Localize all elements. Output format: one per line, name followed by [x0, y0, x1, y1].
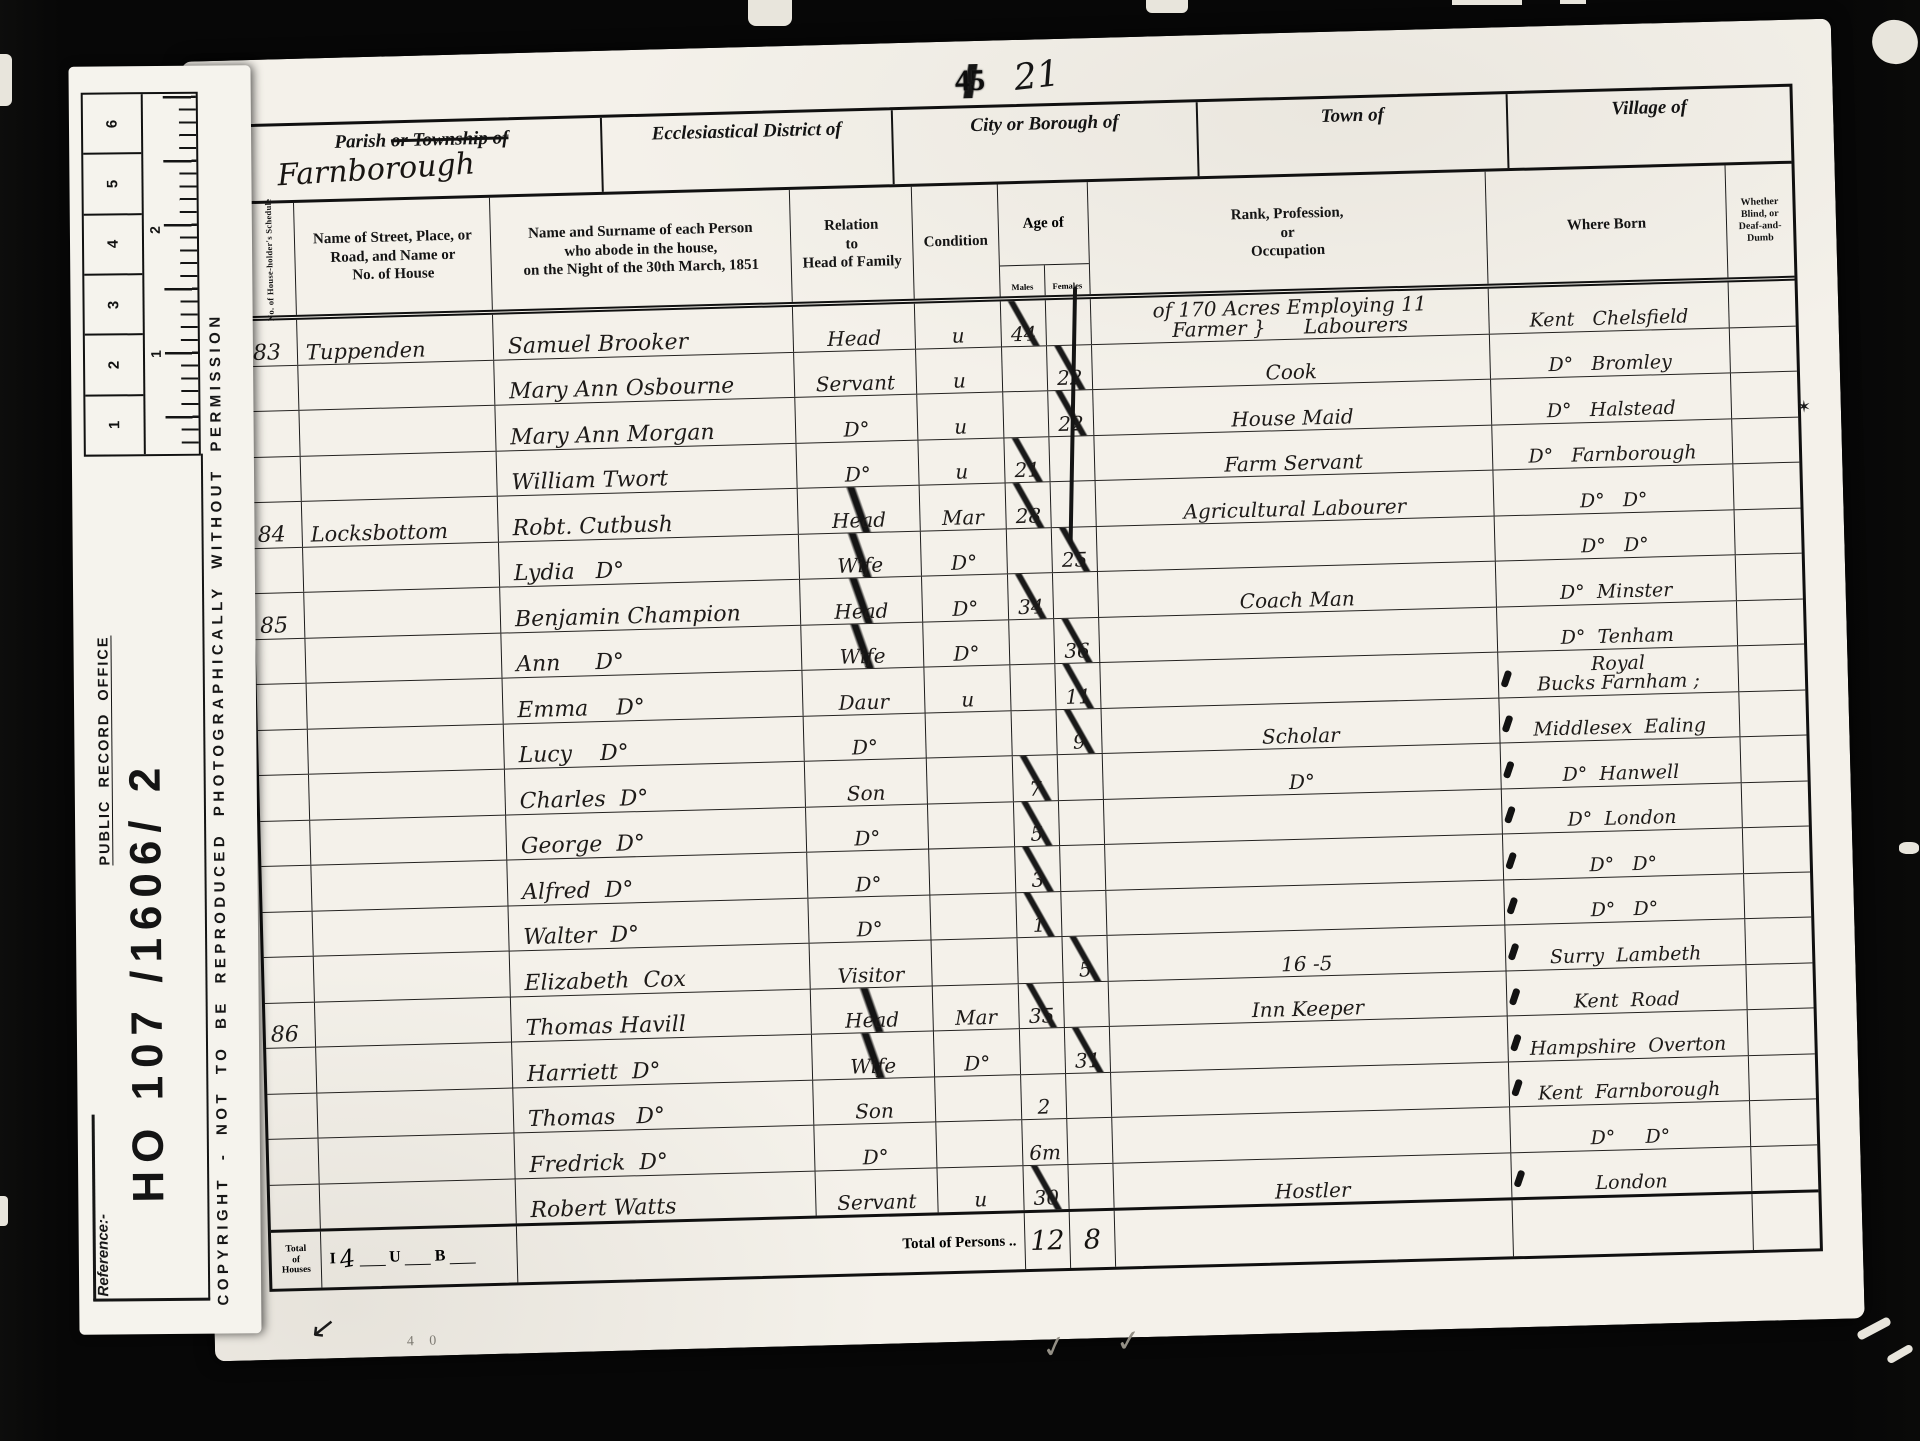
person-name: Thomas Havill: [511, 989, 812, 1041]
age-male: 30: [1023, 1164, 1069, 1210]
col-relation: Relation to Head of Family: [790, 187, 915, 302]
age-female: [1053, 572, 1099, 618]
check-mark: [1510, 1033, 1522, 1051]
relation-to-head: D°: [804, 713, 927, 761]
age-male: 34: [1008, 573, 1054, 619]
age-female: [1066, 1072, 1112, 1118]
person-name: Mary Ann Morgan: [495, 398, 796, 450]
person-name: Lydia D°: [499, 534, 800, 586]
blind-deaf: [1732, 417, 1799, 463]
film-artifact: [0, 54, 12, 106]
ruler-inch-number: 1: [148, 350, 164, 358]
condition: [936, 1120, 1023, 1167]
street-name: [310, 815, 507, 865]
condition: D°: [934, 1029, 1021, 1076]
ruler-inch-scale: 2 1: [143, 94, 199, 454]
relation-to-head: D°: [795, 395, 918, 443]
condition: u: [917, 392, 1004, 439]
schedule-number: [258, 729, 309, 775]
check-mark: [1504, 806, 1516, 824]
building-label: B: [434, 1247, 445, 1265]
blind-deaf: [1742, 781, 1809, 827]
where-born: D° D°: [1495, 510, 1736, 561]
relation-to-head: Son: [813, 1077, 936, 1125]
village-label: Village of: [1508, 87, 1790, 123]
check-mark: [1509, 988, 1521, 1006]
person-name: Samuel Brooker: [493, 307, 794, 359]
condition: [932, 938, 1019, 985]
age-female: [1067, 1118, 1113, 1164]
check-mark: [1500, 669, 1512, 687]
blind-deaf: [1731, 372, 1798, 418]
age-male: 35: [1019, 983, 1065, 1029]
relation-to-head: D°: [807, 850, 930, 898]
relation-to-head: Servant: [816, 1168, 939, 1216]
folio-numbers: 45 21: [951, 51, 1212, 99]
schedule-number: [269, 1139, 320, 1185]
street-name: [307, 679, 504, 729]
village-cell: Village of: [1508, 87, 1791, 168]
where-born: D° Farnborough: [1492, 419, 1733, 470]
street-name: [303, 542, 500, 592]
ruler-cm-box: 2: [85, 335, 144, 396]
age-male: [1007, 528, 1053, 574]
relation-to-head: Visitor: [810, 940, 933, 988]
street-name: [315, 997, 512, 1047]
census-page: 45 21 Parish or Township of Farnborough …: [181, 19, 1864, 1362]
street-name: Tuppenden: [297, 315, 494, 365]
condition: [930, 893, 1017, 940]
ruler-cm-box: 6: [83, 94, 142, 155]
condition: u: [924, 665, 1011, 712]
person-name: Ann D°: [501, 625, 802, 677]
where-born: D° Minster: [1496, 555, 1737, 606]
condition: u: [918, 438, 1005, 485]
street-name: [304, 588, 501, 638]
blind-deaf: [1740, 736, 1807, 782]
census-table: Parish or Township of Farnborough Eccles…: [239, 84, 1823, 1292]
condition: Mar: [920, 483, 1007, 530]
condition: [928, 802, 1015, 849]
city-cell: City or Borough of: [892, 102, 1199, 184]
reference-label: Reference:-: [94, 1140, 112, 1296]
where-born: Kent Farnborough: [1509, 1056, 1750, 1107]
age-female: [1059, 799, 1105, 845]
city-label: City or Borough of: [892, 102, 1196, 139]
blind-deaf: [1729, 281, 1796, 327]
schedule-number: 83: [247, 320, 298, 366]
totals-empty-blind: [1752, 1192, 1819, 1250]
check-mark: [1503, 760, 1515, 778]
females-label: Females: [1045, 264, 1090, 295]
where-born: D° D°: [1510, 1101, 1751, 1152]
person-name: George D°: [506, 807, 807, 859]
blind-deaf: [1736, 554, 1803, 600]
microfilm-frame: 45 21 Parish or Township of Farnborough …: [0, 0, 1920, 1441]
relation-to-head: Head: [798, 486, 921, 534]
blind-deaf: [1738, 645, 1805, 691]
age-male: 44: [1001, 300, 1047, 346]
age-female: [1051, 481, 1097, 527]
where-born: D° D°: [1493, 464, 1734, 515]
pencil-smudge: 4 0: [407, 1333, 443, 1350]
inhabited-value: 4: [338, 1244, 358, 1274]
street-name: [299, 406, 496, 456]
person-name: Harriett D°: [512, 1035, 813, 1087]
blind-deaf: [1743, 826, 1810, 872]
relation-to-head: Head: [800, 577, 923, 625]
condition: Mar: [933, 984, 1020, 1031]
street-name: [317, 1088, 514, 1138]
relation-to-head: Son: [805, 759, 928, 807]
film-artifact: [1866, 13, 1920, 70]
film-artifact: [0, 1196, 8, 1226]
film-artifact: [748, 0, 792, 26]
schedule-number: [251, 456, 302, 502]
schedule-number: 85: [254, 593, 305, 639]
col-occupation: Rank, Profession, or Occupation: [1088, 172, 1489, 294]
totals-empty-born: [1513, 1194, 1754, 1256]
age-male: [1009, 619, 1055, 665]
reference-number: HO 107 /1606/ 2: [120, 650, 176, 1312]
street-name: Locksbottom: [302, 497, 499, 547]
street-name: [301, 451, 498, 501]
ecclesiastical-label: Ecclesiastical District of: [602, 110, 891, 147]
condition: D°: [922, 574, 1009, 621]
blind-deaf: [1744, 872, 1811, 918]
age-of-label: Age of: [998, 182, 1089, 266]
census-body: 83 Tuppenden Samuel Brooker Head u 44 of…: [247, 281, 1818, 1230]
struck-folio-number: 45: [952, 64, 989, 99]
person-name: Benjamin Champion: [500, 580, 801, 632]
condition: [926, 711, 1013, 758]
ruler-cm-box: 3: [84, 275, 143, 336]
check-mark: [1502, 715, 1514, 733]
film-check-scratch: ✓: [1114, 1323, 1143, 1360]
schedule-number: [260, 820, 311, 866]
ruler-major-ticks: [163, 96, 199, 452]
film-artifact: [1146, 0, 1188, 13]
where-born: D° Bromley: [1490, 328, 1731, 379]
col-age: Age of Males Females: [998, 182, 1091, 296]
schedule-number: [261, 866, 312, 912]
age-male: [1020, 1028, 1066, 1074]
film-artifact: [1886, 1344, 1914, 1365]
blind-deaf: [1748, 1008, 1815, 1054]
person-name: Thomas D°: [513, 1080, 814, 1132]
person-name: Emma D°: [503, 671, 804, 723]
houses-total-line: I 4 U B: [321, 1226, 518, 1287]
age-male: 21: [1004, 437, 1050, 483]
relation-to-head: Head: [811, 986, 934, 1034]
street-name: [308, 724, 505, 774]
blind-deaf: [1735, 508, 1802, 554]
age-female: [1058, 754, 1104, 800]
check-mark: [1507, 942, 1519, 960]
relation-to-head: Wife: [812, 1031, 935, 1079]
ink-star-mark: ✶: [1797, 397, 1812, 417]
schedule-number: [248, 365, 299, 411]
age-male: [1003, 391, 1049, 437]
males-total: 12: [1025, 1212, 1071, 1269]
schedule-number: [267, 1093, 318, 1139]
relation-to-head: D°: [814, 1122, 937, 1170]
street-name: [298, 360, 495, 410]
total-persons-label: Total of Persons ..: [517, 1213, 1026, 1282]
schedule-number: 84: [252, 502, 303, 548]
pro-title: PUBLIC RECORD OFFICE: [95, 594, 114, 906]
where-born: Surry Lambeth: [1505, 919, 1746, 970]
person-name: Elizabeth Cox: [510, 944, 811, 996]
street-name: [316, 1042, 513, 1092]
schedule-number: [259, 775, 310, 821]
ruler-cm-box: 5: [83, 155, 142, 216]
age-female: 25: [1052, 527, 1098, 573]
age-male: [1010, 664, 1056, 710]
age-female: 31: [1065, 1027, 1111, 1073]
person-name: Lucy D°: [504, 716, 805, 768]
where-born: D° Hanwell: [1501, 737, 1742, 788]
street-name: [313, 906, 510, 956]
where-born: Kent Road: [1507, 965, 1748, 1016]
col-name: Name and Surname of each Person who abod…: [490, 190, 793, 310]
where-born: Hampshire Overton: [1508, 1010, 1749, 1061]
relation-to-head: D°: [808, 895, 931, 943]
where-born: D° D°: [1503, 828, 1744, 879]
where-born: D° London: [1502, 783, 1743, 834]
street-name: [319, 1133, 516, 1183]
person-name: Charles D°: [505, 762, 806, 814]
person-name: Walter D°: [508, 898, 809, 950]
ruler-inch-number: 2: [147, 226, 163, 234]
age-male: [1017, 937, 1063, 983]
relation-to-head: Wife: [799, 531, 922, 579]
blind-deaf: [1733, 463, 1800, 509]
street-name: [311, 861, 508, 911]
females-total: 8: [1070, 1211, 1116, 1268]
relation-to-head: D°: [806, 804, 929, 852]
age-male: [1002, 346, 1048, 392]
street-name: [314, 952, 511, 1002]
parish-cell: Parish or Township of Farnborough: [242, 118, 604, 201]
blind-deaf: [1730, 326, 1797, 372]
age-male: 28: [1006, 482, 1052, 528]
age-female: 11: [1055, 663, 1101, 709]
age-male: 6m: [1022, 1119, 1068, 1165]
age-male: 5: [1014, 801, 1060, 847]
where-born: Middlesex Ealing: [1499, 692, 1740, 743]
street-name: [320, 1179, 517, 1229]
blind-deaf: [1750, 1099, 1817, 1145]
age-female: [1068, 1163, 1114, 1209]
condition: [929, 847, 1016, 894]
film-artifact: [1560, 0, 1586, 4]
age-female: [1046, 299, 1092, 345]
age-male: 7: [1013, 755, 1059, 801]
folio-number: 21: [1012, 53, 1062, 99]
schedule-number: [270, 1184, 321, 1230]
relation-to-head: Head: [793, 304, 916, 352]
total-houses-label: Total of Houses: [271, 1232, 322, 1289]
town-label: Town of: [1198, 94, 1507, 131]
film-artifact: [1856, 1316, 1892, 1341]
schedule-number: [257, 684, 308, 730]
age-female: [1060, 845, 1106, 891]
condition: [927, 756, 1014, 803]
street-name: [309, 770, 506, 820]
check-mark: [1511, 1079, 1523, 1097]
blind-deaf: [1746, 963, 1813, 1009]
ruler: 6 5 4 3 2 1 2 1: [81, 92, 201, 457]
copyright-notice: COPYRIGHT - NOT TO BE REPRODUCED PHOTOGR…: [205, 113, 232, 1305]
town-cell: Town of: [1198, 94, 1510, 176]
age-female: 22: [1047, 345, 1093, 391]
condition: [935, 1075, 1022, 1122]
inhabited-label: I: [329, 1250, 336, 1268]
blank-line: [359, 1250, 385, 1267]
blank-line: [405, 1249, 431, 1266]
where-born: London: [1511, 1147, 1752, 1198]
col-condition: Condition: [912, 184, 1001, 298]
parish-label: Parish: [334, 130, 391, 152]
schedule-number: [253, 547, 304, 593]
where-born: Kent Chelsfield: [1489, 282, 1730, 333]
schedule-number: 86: [265, 1002, 316, 1048]
schedule-number: [263, 911, 314, 957]
person-name: Alfred D°: [507, 853, 808, 905]
age-male: 2: [1021, 1074, 1067, 1120]
condition: D°: [921, 529, 1008, 576]
street-name: [305, 633, 502, 683]
blind-deaf: [1739, 690, 1806, 736]
relation-to-head: Servant: [794, 349, 917, 397]
ecclesiastical-cell: Ecclesiastical District of: [602, 110, 894, 192]
col-street: Name of Street, Place, or Road, and Name…: [294, 198, 493, 315]
where-born: D° Tenham: [1497, 601, 1738, 652]
condition: D°: [923, 620, 1010, 667]
schedule-number: [266, 1048, 317, 1094]
film-artifact: [1899, 842, 1919, 854]
person-name: Mary Ann Osbourne: [494, 352, 795, 404]
blind-deaf: [1751, 1145, 1818, 1191]
pro-reference-strip: 6 5 4 3 2 1 2 1 PUBLIC RECORD OFFICE HO …: [68, 65, 261, 1335]
where-born: D° Halstead: [1491, 373, 1732, 424]
blind-deaf: [1745, 917, 1812, 963]
col-blind: Whether Blind, or Deaf-and- Dumb: [1726, 164, 1795, 278]
blind-deaf: [1749, 1054, 1816, 1100]
schedule-number: [255, 638, 306, 684]
check-mark: [1513, 1170, 1525, 1188]
relation-to-head: Wife: [801, 622, 924, 670]
relation-to-head: Daur: [802, 668, 925, 716]
schedule-number: [249, 411, 300, 457]
ruler-cm-box: 4: [84, 215, 143, 276]
ink-arrow-mark: ↙: [309, 1309, 338, 1347]
col-born: Where Born: [1486, 165, 1729, 283]
age-female: [1064, 981, 1110, 1027]
person-name: Robert Watts: [516, 1171, 817, 1223]
totals-empty-occupation: [1115, 1200, 1514, 1266]
check-mark: [1506, 897, 1518, 915]
ruler-cm-box: 1: [85, 396, 144, 455]
age-female: 36: [1054, 617, 1100, 663]
person-name: Robt. Cutbush: [498, 489, 799, 541]
condition: u: [915, 301, 1002, 348]
age-female: 9: [1057, 708, 1103, 754]
age-female: [1061, 890, 1107, 936]
where-born: D° D°: [1504, 874, 1745, 925]
age-male: 3: [1015, 846, 1061, 892]
blind-deaf: [1737, 599, 1804, 645]
check-mark: [1505, 851, 1517, 869]
uninhabited-label: U: [389, 1248, 401, 1266]
condition: u: [937, 1166, 1024, 1213]
schedule-number: [264, 957, 315, 1003]
age-female: 5: [1062, 936, 1108, 982]
age-male: [1012, 710, 1058, 756]
blank-line: [449, 1248, 475, 1265]
condition: u: [916, 347, 1003, 394]
person-name: William Twort: [497, 443, 798, 495]
relation-to-head: D°: [796, 440, 919, 488]
ruler-cm-scale: 6 5 4 3 2 1: [83, 94, 146, 455]
film-artifact: [1452, 0, 1522, 5]
males-label: Males: [1000, 265, 1046, 296]
age-male: 1: [1016, 892, 1062, 938]
where-born: Royal Bucks Farnham ;: [1498, 646, 1739, 697]
person-name: Fredrick D°: [514, 1126, 815, 1178]
